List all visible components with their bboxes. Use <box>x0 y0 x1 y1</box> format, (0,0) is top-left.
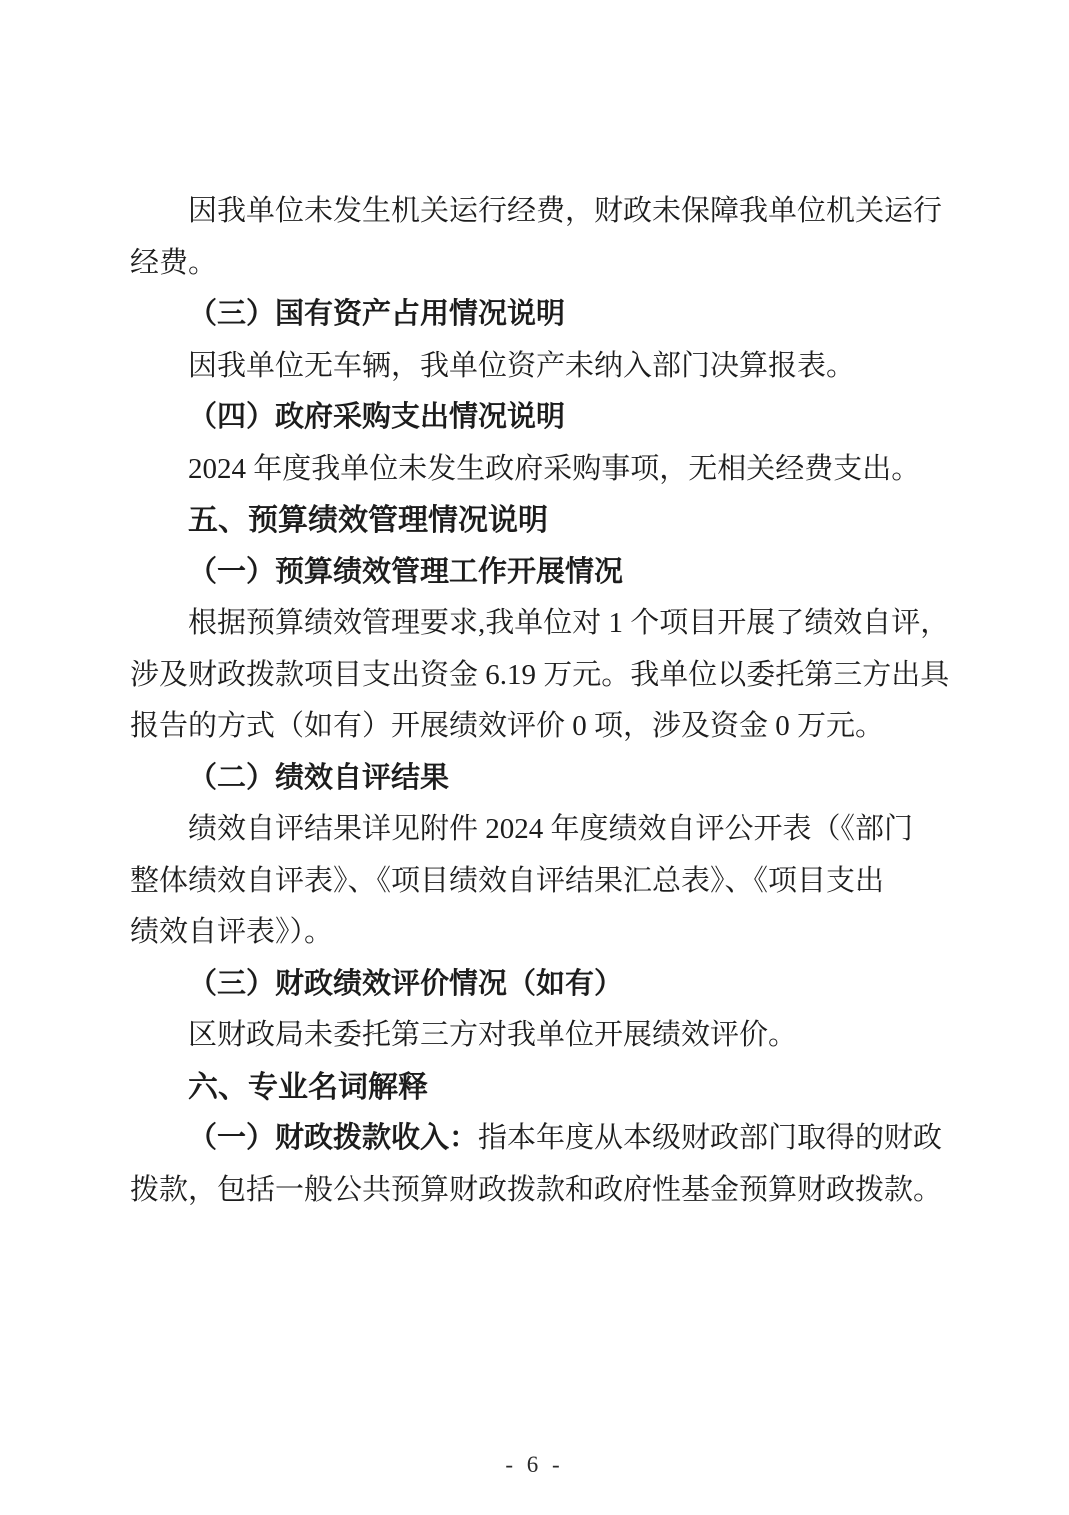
subsection-heading-5-1: （一）预算绩效管理工作开展情况 <box>130 547 942 599</box>
document-content: 因我单位未发生机关运行经费，财政未保障我单位机关运行 经费。 （三）国有资产占用… <box>130 186 942 1216</box>
document-page: 因我单位未发生机关运行经费，财政未保障我单位机关运行 经费。 （三）国有资产占用… <box>0 0 1069 1515</box>
text-line: 整体绩效自评表》、《项目绩效自评结果汇总表》、《项目支出 <box>130 856 942 908</box>
section-heading-6: 六、专业名词解释 <box>130 1062 942 1114</box>
text-line: 因我单位未发生机关运行经费，财政未保障我单位机关运行 <box>130 186 942 238</box>
text-line: 涉及财政拨款项目支出资金 6.19 万元。我单位以委托第三方出具 <box>130 650 942 702</box>
text-line: 绩效自评表》）。 <box>130 907 942 959</box>
term-label: （一）财政拨款收入： <box>188 1122 478 1154</box>
text-line: 根据预算绩效管理要求,我单位对 1 个项目开展了绩效自评， <box>130 598 942 650</box>
text-line: 区财政局未委托第三方对我单位开展绩效评价。 <box>130 1010 942 1062</box>
text-line: 拨款，包括一般公共预算财政拨款和政府性基金预算财政拨款。 <box>130 1165 942 1217</box>
subsection-heading-3: （三）国有资产占用情况说明 <box>130 289 942 341</box>
term-definition-line: （一）财政拨款收入：指本年度从本级财政部门取得的财政 <box>130 1113 942 1165</box>
text-line: 报告的方式（如有）开展绩效评价 0 项，涉及资金 0 万元。 <box>130 701 942 753</box>
section-heading-5: 五、预算绩效管理情况说明 <box>130 495 942 547</box>
subsection-heading-5-2: （二）绩效自评结果 <box>130 753 942 805</box>
text-line: 经费。 <box>130 238 942 290</box>
text-line: 绩效自评结果详见附件 2024 年度绩效自评公开表（《部门 <box>130 804 942 856</box>
text-line: 2024 年度我单位未发生政府采购事项，无相关经费支出。 <box>130 444 942 496</box>
subsection-heading-4: （四）政府采购支出情况说明 <box>130 392 942 444</box>
subsection-heading-5-3: （三）财政绩效评价情况（如有） <box>130 959 942 1011</box>
term-definition: 指本年度从本级财政部门取得的财政 <box>478 1122 942 1154</box>
page-number: - 6 - <box>0 1452 1069 1478</box>
text-line: 因我单位无车辆，我单位资产未纳入部门决算报表。 <box>130 341 942 393</box>
